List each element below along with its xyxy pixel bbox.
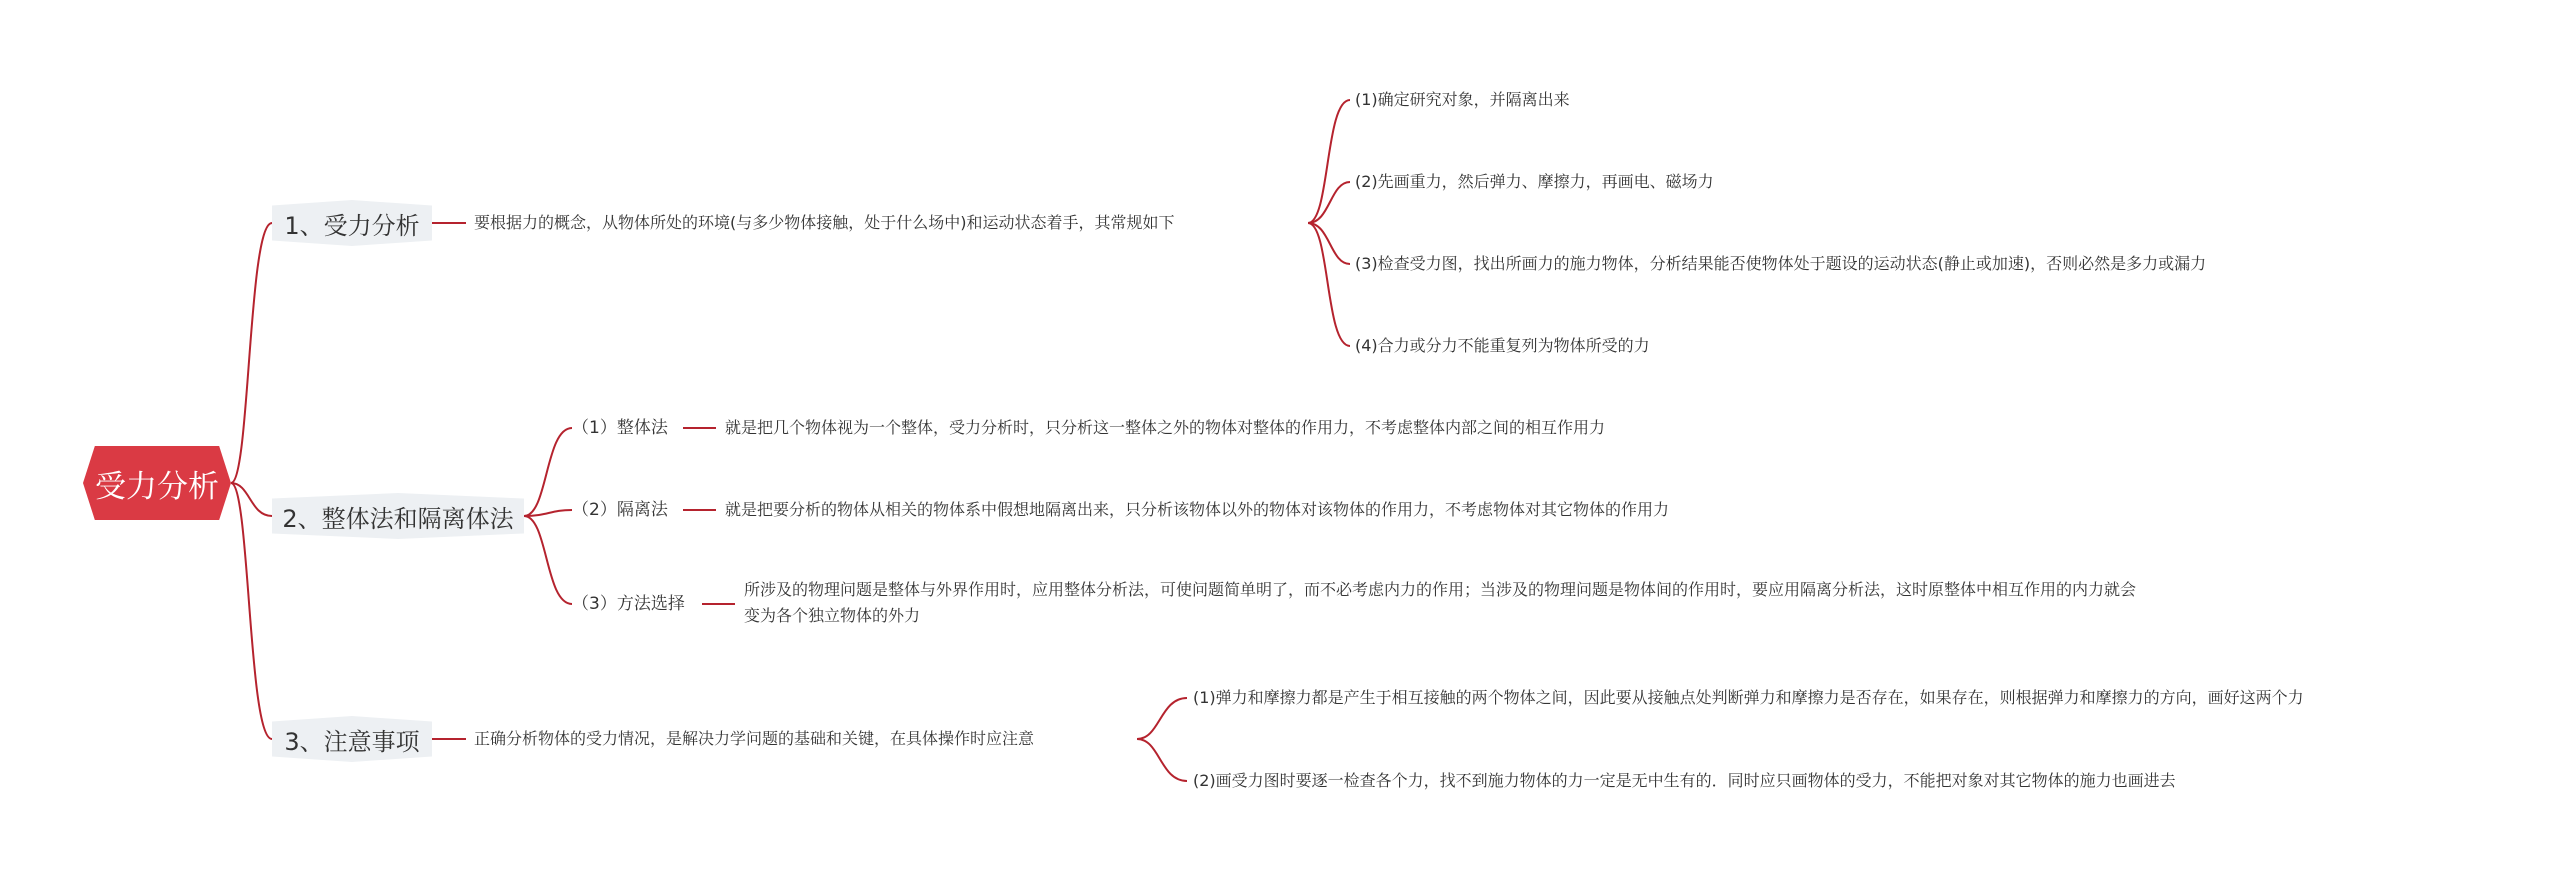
- root-topic-label: 受力分析: [95, 461, 219, 506]
- method-isolation-description[interactable]: 就是把要分析的物体从相关的物体系中假想地隔离出来，只分析该物体以外的物体对该物体…: [725, 499, 1669, 521]
- method-whole[interactable]: （1）整体法: [572, 417, 668, 439]
- note-1[interactable]: (1)弹力和摩擦力都是产生于相互接触的两个物体之间，因此要从接触点处判断弹力和摩…: [1193, 687, 2304, 709]
- link-desc1-step3: [1308, 223, 1350, 264]
- link-cat2-m3: [524, 516, 572, 604]
- link-desc3-note1: [1137, 698, 1187, 739]
- method-whole-description[interactable]: 就是把几个物体视为一个整体，受力分析时，只分析这一整体之外的物体对整体的作用力，…: [725, 417, 1605, 439]
- topic-label: 2、整体法和隔离体法: [282, 499, 513, 534]
- link-desc1-step2: [1308, 182, 1350, 223]
- step-2[interactable]: (2)先画重力，然后弹力、摩擦力，再画电、磁场力: [1355, 171, 1714, 193]
- link-cat2-m2: [524, 510, 572, 516]
- topic-label: 3、注意事项: [284, 722, 419, 757]
- method-choice[interactable]: （3）方法选择: [572, 593, 685, 615]
- topic-force-analysis-description[interactable]: 要根据力的概念，从物体所处的环境(与多少物体接触，处于什么场中)和运动状态着手，…: [474, 212, 1175, 234]
- link-desc1-step4: [1308, 223, 1350, 346]
- topic-force-analysis[interactable]: 1、受力分析: [272, 200, 432, 246]
- method-isolation[interactable]: （2）隔离法: [572, 499, 668, 521]
- topic-precautions[interactable]: 3、注意事项: [272, 716, 432, 762]
- step-3[interactable]: (3)检查受力图，找出所画力的施力物体，分析结果能否使物体处于题设的运动状态(静…: [1355, 253, 2206, 275]
- topic-label: 1、受力分析: [284, 206, 419, 241]
- root-topic[interactable]: 受力分析: [83, 446, 231, 520]
- link-root-cat1: [231, 223, 272, 483]
- note-2[interactable]: (2)画受力图时要逐一检查各个力，找不到施力物体的力一定是无中生有的．同时应只画…: [1193, 770, 2176, 792]
- step-4[interactable]: (4)合力或分力不能重复列为物体所受的力: [1355, 335, 1650, 357]
- link-root-cat3: [231, 483, 272, 739]
- method-choice-description-line1[interactable]: 所涉及的物理问题是整体与外界作用时，应用整体分析法，可使问题简单明了，而不必考虑…: [744, 579, 2136, 601]
- topic-whole-and-isolation-method[interactable]: 2、整体法和隔离体法: [272, 493, 524, 539]
- link-desc1-step1: [1308, 100, 1350, 223]
- method-choice-description-line2[interactable]: 变为各个独立物体的外力: [744, 605, 920, 627]
- topic-precautions-description[interactable]: 正确分析物体的受力情况，是解决力学问题的基础和关键，在具体操作时应注意: [474, 728, 1034, 750]
- link-cat2-m1: [524, 428, 572, 516]
- link-root-cat2: [231, 483, 272, 516]
- link-desc3-note2: [1137, 739, 1187, 781]
- step-1[interactable]: (1)确定研究对象，并隔离出来: [1355, 89, 1570, 111]
